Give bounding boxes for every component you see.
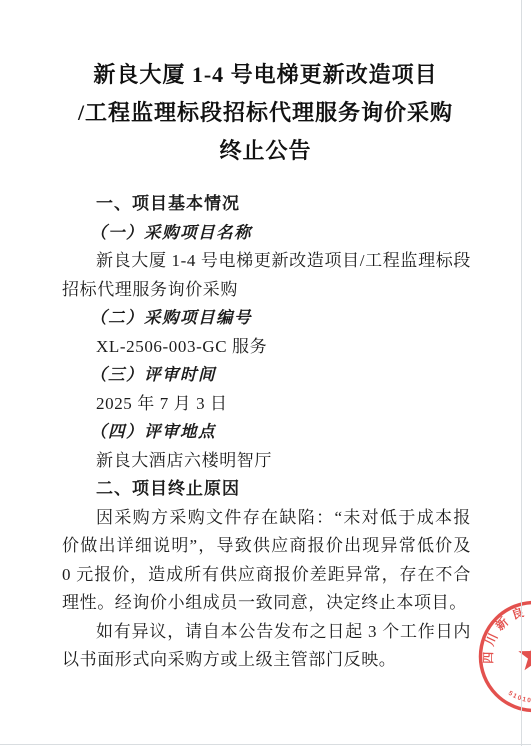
item-2-label: （二）采购项目编号 xyxy=(62,304,471,333)
title-line-1: 新良大厦 1-4 号电梯更新改造项目 xyxy=(0,56,531,94)
objection-notice-paragraph: 如有异议，请自本公告发布之日起 3 个工作日内以书面形式向采购方或上级主管部门反… xyxy=(62,618,471,675)
page-edge-right xyxy=(521,0,522,746)
item-1-value: 新良大厦 1-4 号电梯更新改造项目/工程监理标段招标代理服务询价采购 xyxy=(62,247,471,304)
document-title: 新良大厦 1-4 号电梯更新改造项目 /工程监理标段招标代理服务询价采购 终止公… xyxy=(0,0,531,170)
section-1-heading: 一、项目基本情况 xyxy=(62,190,471,219)
item-3-value: 2025 年 7 月 3 日 xyxy=(62,390,471,419)
item-1-label: （一）采购项目名称 xyxy=(62,219,471,248)
document-body: 一、项目基本情况 （一）采购项目名称 新良大厦 1-4 号电梯更新改造项目/工程… xyxy=(62,190,471,675)
item-4-value: 新良大酒店六楼明智厅 xyxy=(62,447,471,476)
official-seal-stamp-icon: 四川新良 51010455 xyxy=(478,600,531,713)
title-line-3: 终止公告 xyxy=(0,132,531,170)
document-page: 新良大厦 1-4 号电梯更新改造项目 /工程监理标段招标代理服务询价采购 终止公… xyxy=(0,0,531,746)
item-2-value: XL-2506-003-GC 服务 xyxy=(62,333,471,362)
seal-serial-number: 51010455 xyxy=(507,690,531,705)
svg-text:四川新良: 四川新良 xyxy=(481,603,530,664)
seal-outer-ring xyxy=(481,603,531,711)
title-line-2: /工程监理标段招标代理服务询价采购 xyxy=(0,94,531,132)
item-4-label: （四）评审地点 xyxy=(62,418,471,447)
termination-reason-paragraph: 因采购方采购文件存在缺陷：“未对低于成本报价做出详细说明”，导致供应商报价出现异… xyxy=(62,504,471,618)
seal-arc-text: 四川新良 xyxy=(481,603,530,664)
svg-text:51010455: 51010455 xyxy=(507,690,531,705)
section-2-heading: 二、项目终止原因 xyxy=(62,475,471,504)
page-edge-bottom xyxy=(0,744,531,745)
item-3-label: （三）评审时间 xyxy=(62,361,471,390)
